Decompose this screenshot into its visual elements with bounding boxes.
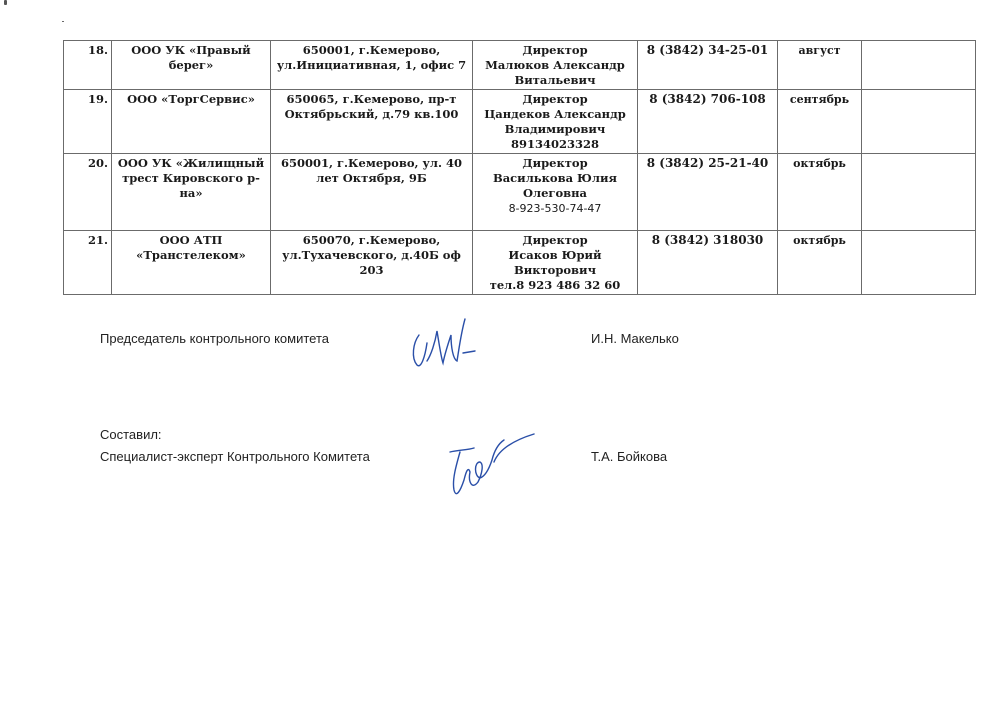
cell-line: 203 bbox=[274, 263, 469, 278]
inspection-month: август bbox=[778, 41, 862, 90]
row-number: 18. bbox=[64, 41, 112, 90]
scan-speck bbox=[62, 21, 64, 22]
cell-line: на» bbox=[115, 186, 267, 201]
organization-phone: 8 (3842) 25-21-40 bbox=[638, 154, 778, 231]
inspection-plan-table: 18.ООО УК «Правыйберег»650001, г.Кемеров… bbox=[63, 40, 976, 295]
cell-line: Директор bbox=[476, 92, 634, 107]
cell-line: Исаков Юрий bbox=[476, 248, 634, 263]
table-row: 19.ООО «ТоргСервис»650065, г.Кемерово, п… bbox=[64, 90, 976, 154]
organization-address: 650065, г.Кемерово, пр-тОктябрьский, д.7… bbox=[271, 90, 473, 154]
note-cell bbox=[862, 41, 976, 90]
cell-line: берег» bbox=[115, 58, 267, 73]
inspection-month: сентябрь bbox=[778, 90, 862, 154]
organization-name: ООО «ТоргСервис» bbox=[112, 90, 271, 154]
cell-line: ул.Тухачевского, д.40Б оф bbox=[274, 248, 469, 263]
cell-line: Цандеков Александр bbox=[476, 107, 634, 122]
cell-line: Директор bbox=[476, 233, 634, 248]
row-number: 20. bbox=[64, 154, 112, 231]
cell-line: Викторович bbox=[476, 263, 634, 278]
inspection-month: октябрь bbox=[778, 231, 862, 295]
cell-line: 650001, г.Кемерово, bbox=[274, 43, 469, 58]
organization-address: 650070, г.Кемерово,ул.Тухачевского, д.40… bbox=[271, 231, 473, 295]
note-cell bbox=[862, 90, 976, 154]
organization-phone: 8 (3842) 34-25-01 bbox=[638, 41, 778, 90]
organization-phone: 8 (3842) 706-108 bbox=[638, 90, 778, 154]
note-cell bbox=[862, 231, 976, 295]
chairman-signature bbox=[405, 313, 490, 373]
cell-line: Октябрьский, д.79 кв.100 bbox=[274, 107, 469, 122]
compiled-label: Составил: bbox=[100, 427, 162, 442]
table-row: 21.ООО АТП«Транстелеком»650070, г.Кемеро… bbox=[64, 231, 976, 295]
cell-line: 89134023328 bbox=[476, 137, 634, 152]
cell-line: ООО УК «Правый bbox=[115, 43, 267, 58]
cell-line: Директор bbox=[476, 43, 634, 58]
cell-line: 650070, г.Кемерово, bbox=[274, 233, 469, 248]
organization-head: ДиректорВасилькова ЮлияОлеговна8-923-530… bbox=[473, 154, 638, 231]
head-mobile-phone: 8-923-530-74-47 bbox=[476, 201, 634, 216]
chairman-name: И.Н. Макелько bbox=[591, 331, 679, 346]
organization-name: ООО АТП«Транстелеком» bbox=[112, 231, 271, 295]
table-row: 20.ООО УК «Жилищныйтрест Кировского р-на… bbox=[64, 154, 976, 231]
cell-line: ООО «ТоргСервис» bbox=[115, 92, 267, 107]
organization-address: 650001, г.Кемерово, ул. 40лет Октября, 9… bbox=[271, 154, 473, 231]
chairman-title: Председатель контрольного комитета bbox=[100, 331, 329, 346]
note-cell bbox=[862, 154, 976, 231]
scan-speck bbox=[4, 0, 7, 5]
inspection-month: октябрь bbox=[778, 154, 862, 231]
cell-line: Олеговна bbox=[476, 186, 634, 201]
cell-line: трест Кировского р- bbox=[115, 171, 267, 186]
organization-address: 650001, г.Кемерово,ул.Инициативная, 1, о… bbox=[271, 41, 473, 90]
cell-line: Василькова Юлия bbox=[476, 171, 634, 186]
specialist-name: Т.А. Бойкова bbox=[591, 449, 667, 464]
organization-name: ООО УК «Жилищныйтрест Кировского р-на» bbox=[112, 154, 271, 231]
specialist-signature bbox=[438, 432, 548, 502]
organization-head: ДиректорЦандеков АлександрВладимирович89… bbox=[473, 90, 638, 154]
cell-line: Малюков Александр bbox=[476, 58, 634, 73]
cell-line: «Транстелеком» bbox=[115, 248, 267, 263]
cell-line: 650001, г.Кемерово, ул. 40 bbox=[274, 156, 469, 171]
cell-line: Витальевич bbox=[476, 73, 634, 88]
organization-head: ДиректорИсаков ЮрийВикторовичтел.8 923 4… bbox=[473, 231, 638, 295]
row-number: 19. bbox=[64, 90, 112, 154]
table-row: 18.ООО УК «Правыйберег»650001, г.Кемеров… bbox=[64, 41, 976, 90]
cell-line: ООО АТП bbox=[115, 233, 267, 248]
organization-head: ДиректорМалюков АлександрВитальевич bbox=[473, 41, 638, 90]
cell-line: Директор bbox=[476, 156, 634, 171]
cell-line: лет Октября, 9Б bbox=[274, 171, 469, 186]
specialist-title: Специалист-эксперт Контрольного Комитета bbox=[100, 449, 370, 464]
cell-line: тел.8 923 486 32 60 bbox=[476, 278, 634, 293]
cell-line: ул.Инициативная, 1, офис 7 bbox=[274, 58, 469, 73]
cell-line: Владимирович bbox=[476, 122, 634, 137]
cell-line: 650065, г.Кемерово, пр-т bbox=[274, 92, 469, 107]
organization-phone: 8 (3842) 318030 bbox=[638, 231, 778, 295]
organization-name: ООО УК «Правыйберег» bbox=[112, 41, 271, 90]
row-number: 21. bbox=[64, 231, 112, 295]
cell-line: ООО УК «Жилищный bbox=[115, 156, 267, 171]
